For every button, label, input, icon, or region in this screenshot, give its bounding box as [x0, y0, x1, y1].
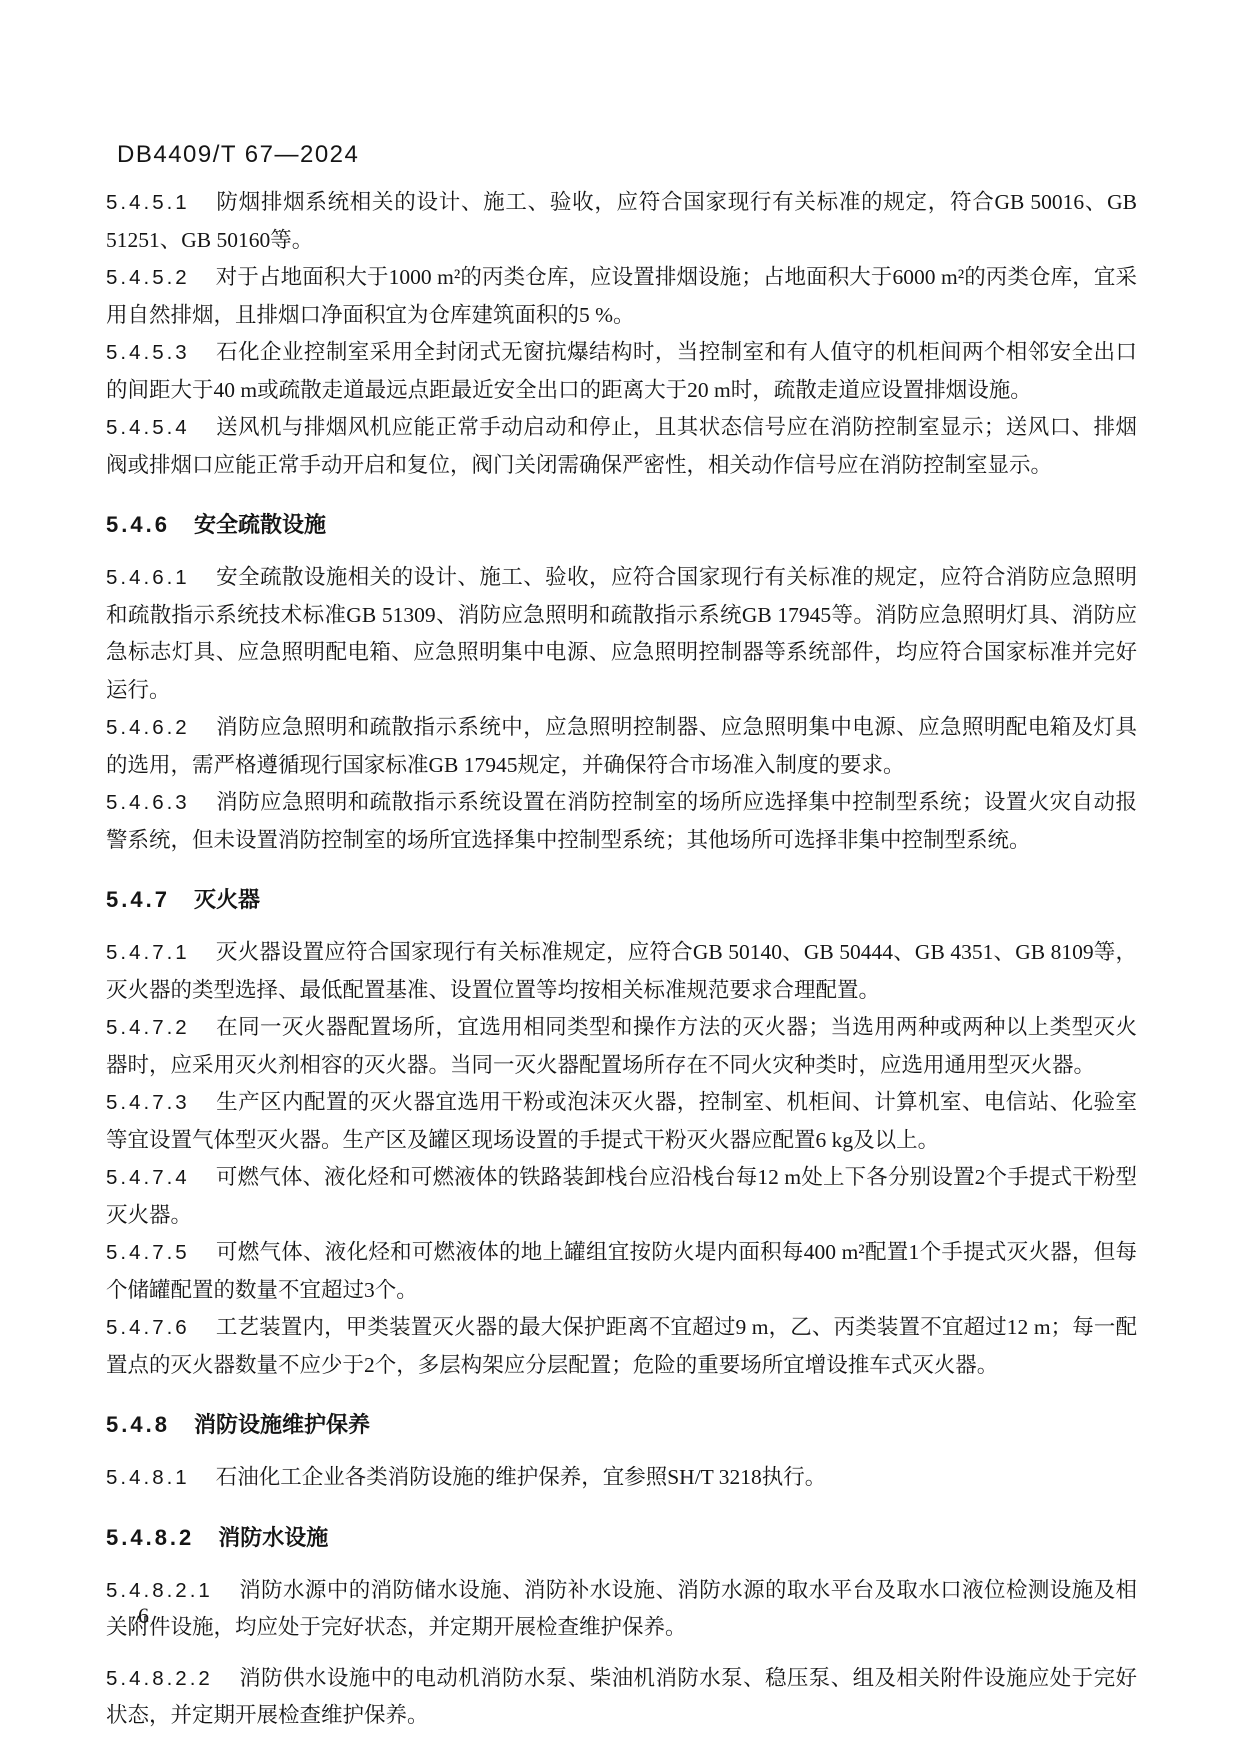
clause-number: 5.4.5.2 — [106, 266, 190, 289]
clause-text: 消防应急照明和疏散指示系统设置在消防控制室的场所应选择集中控制型系统；设置火灾自… — [106, 790, 1137, 852]
heading-title: 消防水设施 — [218, 1525, 328, 1550]
clause-5-4-8-2-1: 5.4.8.2.1消防水源中的消防储水设施、消防补水设施、消防水源的取水平台及取… — [106, 1572, 1137, 1647]
clause-5-4-7-4: 5.4.7.4可燃气体、液化烃和可燃液体的铁路装卸栈台应沿栈台每12 m处上下各… — [106, 1159, 1137, 1234]
clause-text: 消防应急照明和疏散指示系统中，应急照明控制器、应急照明集中电源、应急照明配电箱及… — [106, 715, 1137, 777]
clause-number: 5.4.5.3 — [106, 341, 190, 364]
clause-text: 可燃气体、液化烃和可燃液体的铁路装卸栈台应沿栈台每12 m处上下各分别设置2个手… — [106, 1165, 1137, 1227]
clause-5-4-5-1: 5.4.5.1防烟排烟系统相关的设计、施工、验收，应符合国家现行有关标准的规定，… — [106, 184, 1137, 259]
clause-number: 5.4.5.1 — [106, 191, 190, 214]
section-heading-5-4-8: 5.4.8消防设施维护保养 — [106, 1410, 1137, 1440]
clause-number: 5.4.7.1 — [106, 941, 190, 964]
clause-text: 生产区内配置的灭火器宜选用干粉或泡沫灭火器，控制室、机柜间、计算机室、电信站、化… — [106, 1090, 1137, 1152]
clause-5-4-7-2: 5.4.7.2在同一灭火器配置场所，宜选用相同类型和操作方法的灭火器；当选用两种… — [106, 1009, 1137, 1084]
clause-text: 石油化工企业各类消防设施的维护保养，宜参照SH/T 3218执行。 — [216, 1465, 827, 1489]
clause-number: 5.4.8.2.2 — [106, 1667, 213, 1690]
clause-5-4-6-1: 5.4.6.1安全疏散设施相关的设计、施工、验收，应符合国家现行有关标准的规定，… — [106, 559, 1137, 709]
clause-text: 消防水源中的消防储水设施、消防补水设施、消防水源的取水平台及取水口液位检测设施及… — [106, 1578, 1137, 1640]
clause-5-4-6-2: 5.4.6.2消防应急照明和疏散指示系统中，应急照明控制器、应急照明集中电源、应… — [106, 709, 1137, 784]
clause-5-4-7-5: 5.4.7.5可燃气体、液化烃和可燃液体的地上罐组宜按防火堤内面积每400 m²… — [106, 1234, 1137, 1309]
clause-text: 在同一灭火器配置场所，宜选用相同类型和操作方法的灭火器；当选用两种或两种以上类型… — [106, 1015, 1137, 1077]
clause-5-4-8-1: 5.4.8.1石油化工企业各类消防设施的维护保养，宜参照SH/T 3218执行。 — [106, 1459, 1137, 1497]
clause-text: 消防供水设施中的电动机消防水泵、柴油机消防水泵、稳压泵、组及相关附件设施应处于完… — [106, 1666, 1137, 1728]
clause-number: 5.4.8.2.1 — [106, 1579, 213, 1602]
clause-number: 5.4.5.4 — [106, 416, 190, 439]
heading-number: 5.4.8.2 — [106, 1525, 194, 1550]
clause-5-4-7-1: 5.4.7.1灭火器设置应符合国家现行有关标准规定，应符合GB 50140、GB… — [106, 934, 1137, 1009]
clause-number: 5.4.7.5 — [106, 1241, 190, 1264]
document-body: 5.4.5.1防烟排烟系统相关的设计、施工、验收，应符合国家现行有关标准的规定，… — [106, 184, 1137, 1735]
page-number: 6 — [138, 1603, 149, 1629]
clause-number: 5.4.7.3 — [106, 1091, 190, 1114]
section-heading-5-4-8-2: 5.4.8.2消防水设施 — [106, 1523, 1137, 1553]
heading-number: 5.4.8 — [106, 1412, 170, 1437]
clause-text: 送风机与排烟风机应能正常手动启动和停止，且其状态信号应在消防控制室显示；送风口、… — [106, 415, 1137, 477]
clause-text: 石化企业控制室采用全封闭式无窗抗爆结构时，当控制室和有人值守的机柜间两个相邻安全… — [106, 340, 1137, 402]
standard-code-header: DB4409/T 67—2024 — [117, 141, 359, 169]
clause-text: 工艺装置内，甲类装置灭火器的最大保护距离不宜超过9 m，乙、丙类装置不宜超过12… — [106, 1315, 1137, 1377]
clause-number: 5.4.7.4 — [106, 1166, 190, 1189]
heading-number: 5.4.7 — [106, 887, 170, 912]
heading-number: 5.4.6 — [106, 512, 170, 537]
clause-5-4-5-2: 5.4.5.2对于占地面积大于1000 m²的丙类仓库，应设置排烟设施；占地面积… — [106, 259, 1137, 334]
clause-5-4-8-2-2: 5.4.8.2.2消防供水设施中的电动机消防水泵、柴油机消防水泵、稳压泵、组及相… — [106, 1660, 1137, 1735]
clause-text: 灭火器设置应符合国家现行有关标准规定，应符合GB 50140、GB 50444、… — [106, 940, 1137, 1002]
section-heading-5-4-6: 5.4.6安全疏散设施 — [106, 510, 1137, 540]
clause-number: 5.4.6.1 — [106, 566, 190, 589]
heading-title: 消防设施维护保养 — [194, 1412, 370, 1437]
clause-number: 5.4.7.6 — [106, 1316, 190, 1339]
clause-text: 对于占地面积大于1000 m²的丙类仓库，应设置排烟设施；占地面积大于6000 … — [106, 265, 1137, 327]
clause-text: 可燃气体、液化烃和可燃液体的地上罐组宜按防火堤内面积每400 m²配置1个手提式… — [106, 1240, 1137, 1302]
clause-number: 5.4.6.3 — [106, 791, 190, 814]
clause-5-4-5-3: 5.4.5.3石化企业控制室采用全封闭式无窗抗爆结构时，当控制室和有人值守的机柜… — [106, 334, 1137, 409]
heading-title: 灭火器 — [194, 887, 260, 912]
clause-5-4-7-3: 5.4.7.3生产区内配置的灭火器宜选用干粉或泡沫灭火器，控制室、机柜间、计算机… — [106, 1084, 1137, 1159]
clause-number: 5.4.8.1 — [106, 1466, 190, 1489]
clause-number: 5.4.7.2 — [106, 1016, 190, 1039]
clause-5-4-5-4: 5.4.5.4送风机与排烟风机应能正常手动启动和停止，且其状态信号应在消防控制室… — [106, 409, 1137, 484]
clause-number: 5.4.6.2 — [106, 716, 190, 739]
heading-title: 安全疏散设施 — [194, 512, 326, 537]
clause-text: 防烟排烟系统相关的设计、施工、验收，应符合国家现行有关标准的规定，符合GB 50… — [106, 190, 1137, 252]
document-page: DB4409/T 67—2024 5.4.5.1防烟排烟系统相关的设计、施工、验… — [0, 0, 1241, 1754]
clause-text: 安全疏散设施相关的设计、施工、验收，应符合国家现行有关标准的规定，应符合消防应急… — [106, 565, 1137, 702]
section-heading-5-4-7: 5.4.7灭火器 — [106, 885, 1137, 915]
clause-5-4-6-3: 5.4.6.3消防应急照明和疏散指示系统设置在消防控制室的场所应选择集中控制型系… — [106, 784, 1137, 859]
clause-5-4-7-6: 5.4.7.6工艺装置内，甲类装置灭火器的最大保护距离不宜超过9 m，乙、丙类装… — [106, 1309, 1137, 1384]
